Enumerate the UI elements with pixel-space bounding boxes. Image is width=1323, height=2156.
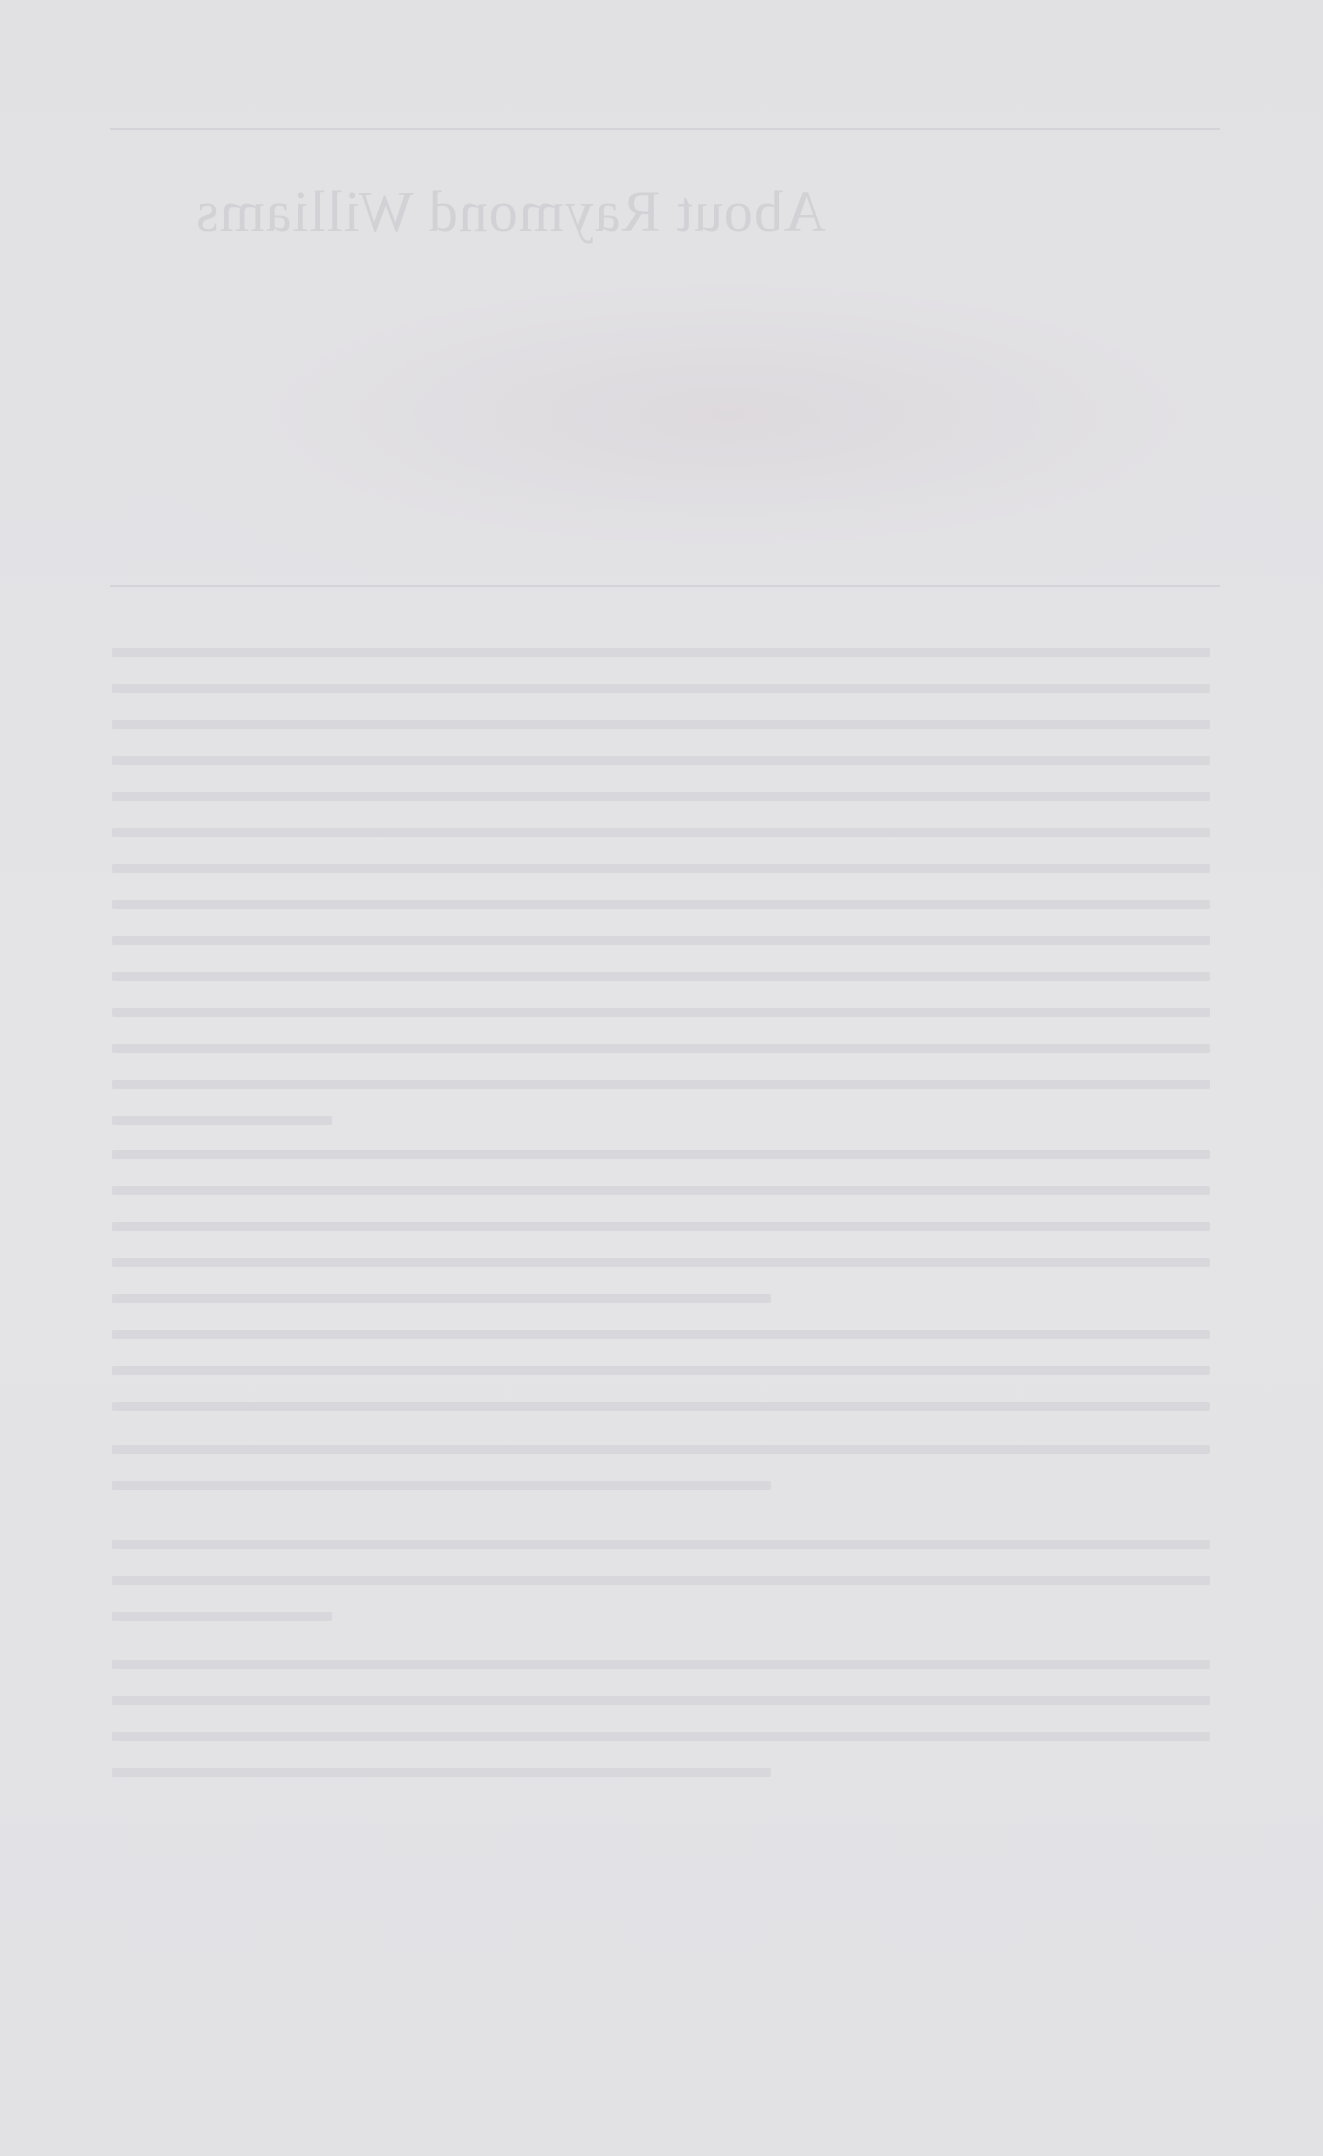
scanned-page: About Raymond Williams [0, 0, 1323, 2156]
header-rule [110, 128, 1220, 130]
figure-bleedthrough [150, 250, 1200, 580]
paragraph-1 [112, 648, 1210, 1152]
page-title-bleedthrough: About Raymond Williams [195, 178, 826, 245]
paragraph-6 [112, 1660, 1210, 1804]
paragraph-2 [112, 1150, 1210, 1330]
paragraph-3 [112, 1330, 1210, 1438]
paragraph-5 [112, 1540, 1210, 1648]
paragraph-4 [112, 1445, 1210, 1517]
figure-rule [110, 585, 1220, 587]
